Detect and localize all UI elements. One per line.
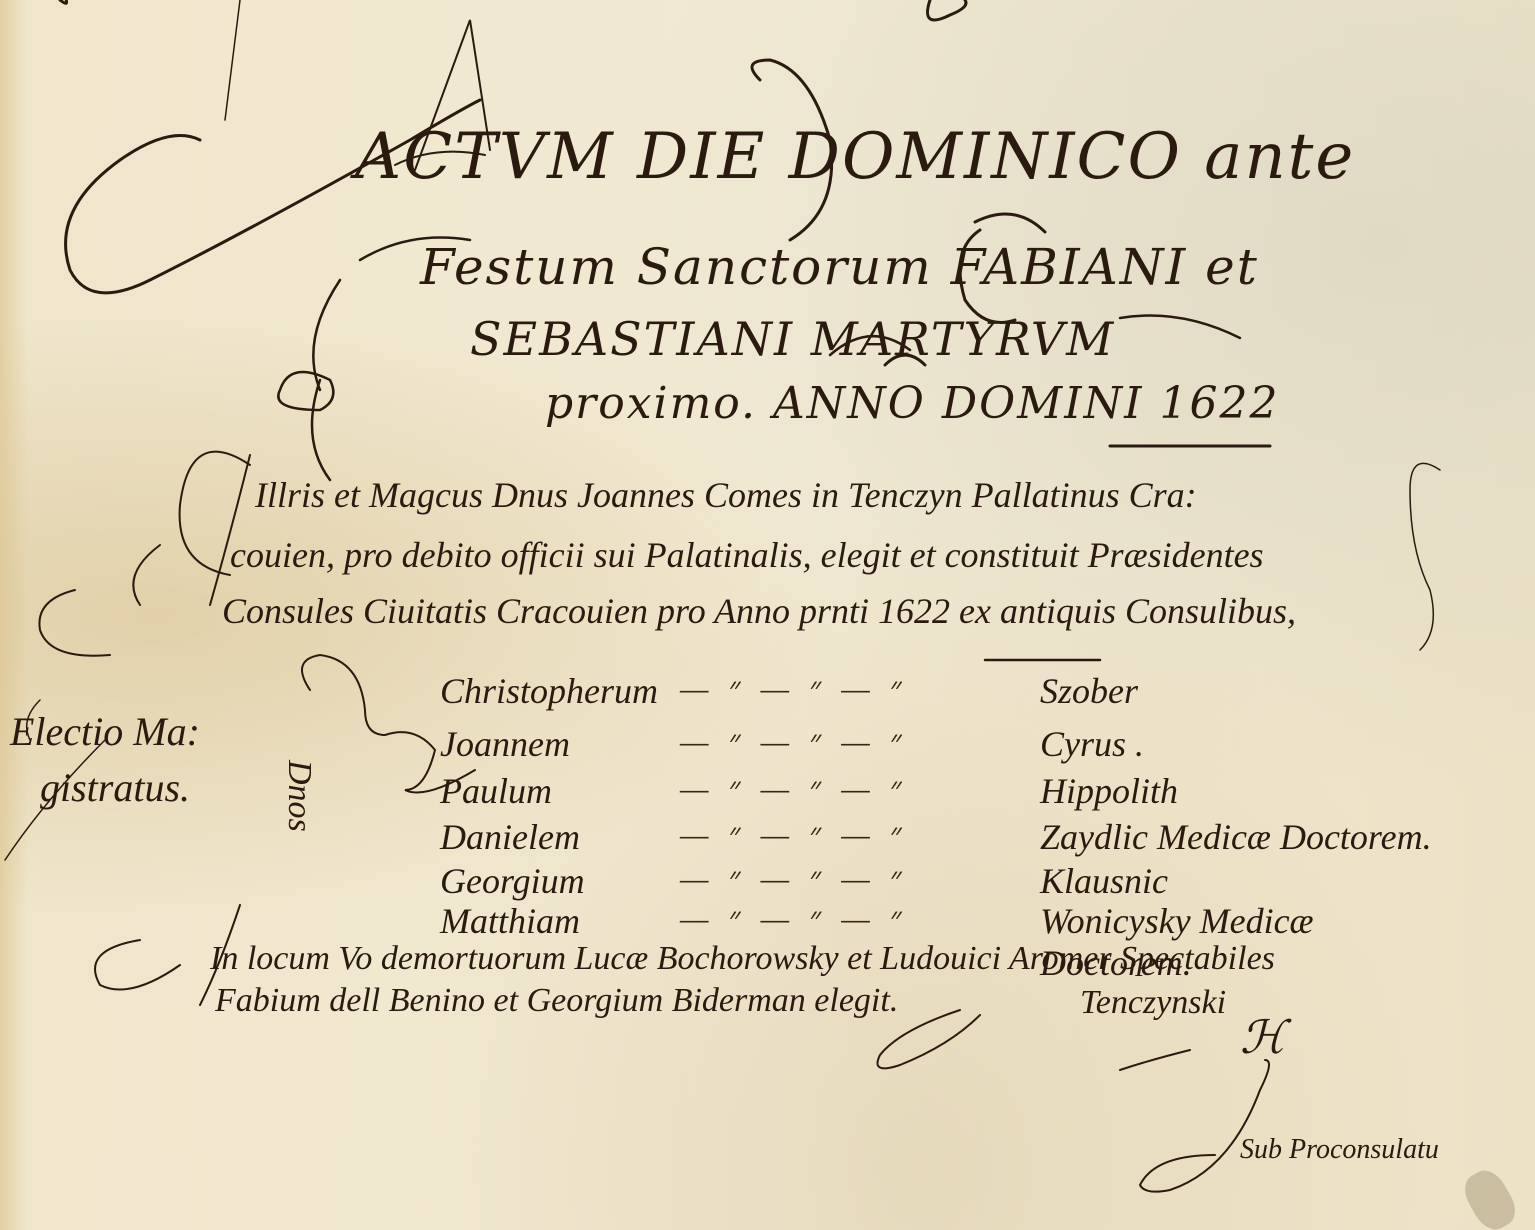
signature: Tenczynski — [1080, 984, 1226, 1022]
margin-note-line-1: Electio Ma: — [10, 708, 200, 755]
given-name: Georgium — [440, 860, 585, 902]
given-name: Paulum — [440, 770, 552, 812]
surname: Zaydlic Medicæ Doctorem. — [1040, 816, 1432, 858]
ditto-marks: — ״ — ״ — ״ — [680, 816, 908, 853]
body-line-3: Consules Ciuitatis Cracouien pro Anno pr… — [222, 590, 1296, 632]
footer-line-1: In locum Vo demortuorum Lucæ Bochorowsky… — [210, 940, 1275, 978]
elected-row: Danielem — ״ — ״ — ״ Zaydlic Medicæ Doct… — [430, 816, 1450, 864]
ditto-marks: — ״ — ״ — ״ — [680, 860, 908, 897]
given-name: Matthiam — [440, 900, 580, 942]
given-name: Danielem — [440, 816, 580, 858]
heading-line-1: ACTVM DIE DOMINICO ante — [355, 120, 1355, 194]
heading-line-3: SEBASTIANI MARTYRVM — [470, 312, 1115, 366]
ditto-marks: — ״ — ״ — ״ — [680, 670, 908, 707]
manuscript-page: ACTVM DIE DOMINICO ante Festum Sanctorum… — [0, 0, 1535, 1230]
heading-line-4: proximo. ANNO DOMINI 1622 — [545, 378, 1279, 429]
ditto-marks: — ״ — ״ — ״ — [680, 900, 908, 937]
paper-stain — [1458, 1164, 1523, 1230]
ditto-marks: — ״ — ״ — ״ — [680, 723, 908, 760]
surname: Cyrus . — [1040, 723, 1144, 765]
body-line-2: couien, pro debito officii sui Palatinal… — [230, 534, 1264, 576]
heading-line-2: Festum Sanctorum FABIANI et — [420, 238, 1259, 296]
surname: Hippolith — [1040, 770, 1178, 812]
elected-row: Joannem — ״ — ״ — ״ Cyrus . — [430, 723, 1450, 771]
footer-line-2: Fabium dell Benino et Georgium Biderman … — [215, 982, 898, 1020]
given-name: Christopherum — [440, 670, 658, 712]
surname: Klausnic — [1040, 860, 1168, 902]
given-name: Joannem — [440, 723, 570, 765]
elected-row: Paulum — ״ — ״ — ״ Hippolith — [430, 770, 1450, 818]
surname: Szober — [1040, 670, 1138, 712]
bracket-word: Dnos — [280, 760, 318, 832]
paraph-mark: ℋ — [1240, 1010, 1285, 1064]
subscription: Sub Proconsulatu — [1240, 1134, 1439, 1166]
margin-note-line-2: gistratus. — [40, 764, 190, 811]
ditto-marks: — ״ — ״ — ״ — [680, 770, 908, 807]
body-line-1: Illris et Magcus Dnus Joannes Comes in T… — [255, 474, 1197, 516]
elected-row: Christopherum — ״ — ״ — ״ Szober — [430, 670, 1450, 718]
